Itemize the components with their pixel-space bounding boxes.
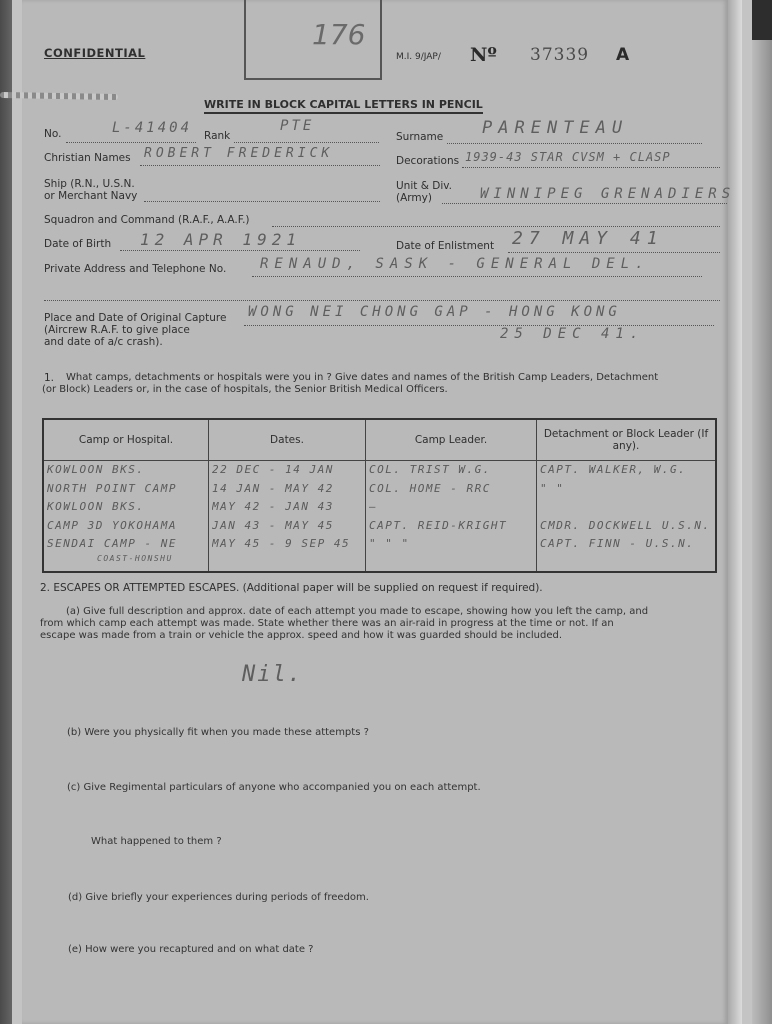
table-row-dates: 14 JAN - MAY 42 <box>212 480 362 499</box>
question-d: (d) Give briefly your experiences during… <box>68 892 369 903</box>
ship-label-line2: or Merchant Navy <box>44 190 137 202</box>
number-glyph: Nº <box>470 44 497 66</box>
header-block-leader: Detachment or Block Leader (If any). <box>537 419 717 461</box>
table-row-block-leader: CAPT. WALKER, W.G. <box>540 461 712 480</box>
dates-column: 22 DEC - 14 JAN 14 JAN - MAY 42 MAY 42 -… <box>209 461 366 573</box>
question-a-line1: (a) Give full description and approx. da… <box>66 606 648 617</box>
enlistment-line <box>508 252 720 253</box>
table-row-dates: MAY 45 - 9 SEP 45 <box>212 535 362 554</box>
camp-column: KOWLOON BKS. NORTH POINT CAMP KOWLOON BK… <box>43 461 209 573</box>
camps-table-header: Camp or Hospital. Dates. Camp Leader. De… <box>43 419 716 461</box>
no-line <box>66 142 196 143</box>
table-row-dates: MAY 42 - JAN 43 <box>212 498 362 517</box>
dob-value: 12 APR 1921 <box>140 230 301 249</box>
address-value: RENAUD, SASK - GENERAL DEL. <box>260 256 650 272</box>
reference-prefix: M.I. 9/JAP/ <box>396 52 441 62</box>
question-b: (b) Were you physically fit when you mad… <box>67 727 369 738</box>
no-label: No. <box>44 128 61 140</box>
capture-place-value: WONG NEI CHONG GAP - HONG KONG <box>248 304 621 320</box>
decorations-line <box>462 167 720 168</box>
surname-line <box>447 143 702 144</box>
section1-question-line2: (or Block) Leaders or, in the case of ho… <box>42 384 448 395</box>
table-row-camp: KOWLOON BKS. <box>47 461 205 480</box>
christian-names-line <box>140 165 380 166</box>
decorations-label: Decorations <box>396 155 459 167</box>
question-c-followup: What happened to them ? <box>91 836 222 847</box>
address-label: Private Address and Telephone No. <box>44 263 226 275</box>
serial-number: 37339 <box>530 45 589 65</box>
table-row-dates: 22 DEC - 14 JAN <box>212 461 362 480</box>
header-dates: Dates. <box>209 419 366 461</box>
table-row-block-leader: " " <box>540 480 712 499</box>
table-row-camp-leader: COL. HOME - RRC <box>369 480 533 499</box>
rank-line <box>234 142 379 143</box>
squadron-label: Squadron and Command (R.A.F., A.A.F.) <box>44 214 250 226</box>
instruction-heading: WRITE IN BLOCK CAPITAL LETTERS IN PENCIL <box>204 98 483 114</box>
enlistment-label: Date of Enlistment <box>396 240 494 252</box>
section2-title: 2. ESCAPES OR ATTEMPTED ESCAPES. (Additi… <box>40 582 543 594</box>
table-row-block-leader <box>540 498 712 517</box>
page-edge <box>728 0 742 1024</box>
form-page: CONFIDENTIAL 176 M.I. 9/JAP/ Nº 37339 A … <box>22 0 728 1024</box>
header-camp: Camp or Hospital. <box>43 419 209 461</box>
section1-question-line1: What camps, detachments or hospitals wer… <box>66 372 658 383</box>
table-row-camp-leader: COL. TRIST W.G. <box>369 461 533 480</box>
camps-table: Camp or Hospital. Dates. Camp Leader. De… <box>42 418 717 573</box>
ship-label-line1: Ship (R.N., U.S.N. <box>44 178 135 190</box>
table-row-camp-leader: " " " <box>369 535 533 554</box>
question-a-line3: escape was made from a train or vehicle … <box>40 630 562 641</box>
table-row-camp-leader: CAPT. REID-KRIGHT <box>369 517 533 536</box>
question-c: (c) Give Regimental particulars of anyon… <box>67 782 481 793</box>
address-line <box>252 276 702 277</box>
question-a-answer: Nil. <box>242 662 303 687</box>
rank-value: PTE <box>280 118 314 134</box>
unit-label-line1: Unit & Div. <box>396 180 452 192</box>
table-row-dates: JAN 43 - MAY 45 <box>212 517 362 536</box>
question-a-line2: from which camp each attempt was made. S… <box>40 618 614 629</box>
table-row-camp: CAMP 3D YOKOHAMA <box>47 517 205 536</box>
squadron-line <box>272 226 720 227</box>
dob-line <box>120 250 360 251</box>
capture-label-line3: and date of a/c crash). <box>44 336 163 348</box>
table-row-block-leader: CAPT. FINN - U.S.N. <box>540 535 712 554</box>
ship-line <box>144 201 380 202</box>
classification-label: CONFIDENTIAL <box>44 46 145 60</box>
block-leader-column: CAPT. WALKER, W.G. " " CMDR. DOCKWELL U.… <box>537 461 717 573</box>
table-row-camp-leader: — <box>369 498 533 517</box>
christian-names-value: ROBERT FREDERICK <box>144 146 333 161</box>
surname-value: PARENTEAU <box>482 118 628 138</box>
capture-label-line2: (Aircrew R.A.F. to give place <box>44 324 190 336</box>
christian-names-label: Christian Names <box>44 152 131 164</box>
enlistment-value: 27 MAY 41 <box>512 228 664 249</box>
question-e: (e) How were you recaptured and on what … <box>68 944 314 955</box>
table-row-camp: NORTH POINT CAMP <box>47 480 205 499</box>
decorations-value: 1939-43 STAR CVSM + CLASP <box>465 150 671 164</box>
rank-label: Rank <box>204 130 230 142</box>
table-row-camp: COAST-HONSHU <box>47 554 205 564</box>
capture-date-value: 25 DEC 41. <box>500 326 644 342</box>
table-row-camp: SENDAI CAMP - NE <box>47 535 205 554</box>
dob-label: Date of Birth <box>44 238 111 250</box>
serial-suffix: A <box>616 45 629 65</box>
surname-label: Surname <box>396 131 443 143</box>
section1-number: 1. <box>44 372 54 384</box>
unit-label-line2: (Army) <box>396 192 432 204</box>
table-row-block-leader: CMDR. DOCKWELL U.S.N. <box>540 517 712 536</box>
unit-line <box>442 203 727 204</box>
camps-table-body: KOWLOON BKS. NORTH POINT CAMP KOWLOON BK… <box>43 461 716 573</box>
camp-leader-column: COL. TRIST W.G. COL. HOME - RRC — CAPT. … <box>366 461 537 573</box>
stamp-number: 176 <box>312 18 365 51</box>
table-row-camp: KOWLOON BKS. <box>47 498 205 517</box>
address-line-2 <box>44 300 720 301</box>
unit-value: WINNIPEG GRENADIERS <box>480 186 735 202</box>
capture-label-line1: Place and Date of Original Capture <box>44 312 226 324</box>
no-value: L-41404 <box>112 120 192 136</box>
header-camp-leader: Camp Leader. <box>366 419 537 461</box>
